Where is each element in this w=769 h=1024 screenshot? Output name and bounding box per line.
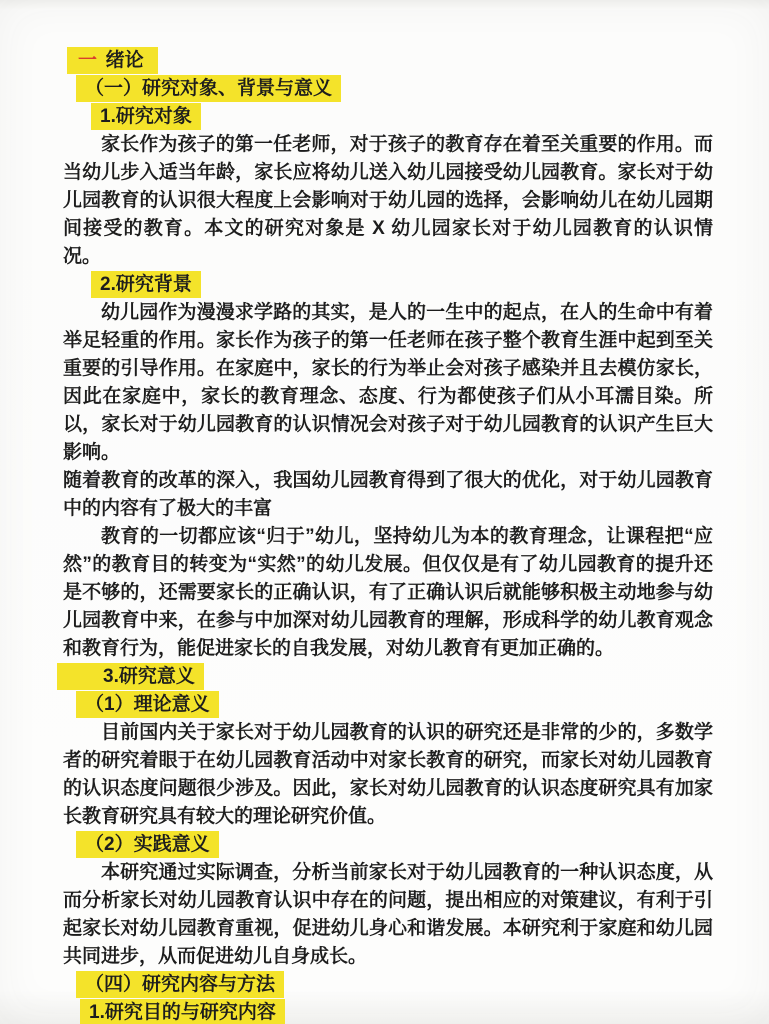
heading-chapter: 一绪论 <box>63 47 713 75</box>
heading-practical-significance: （2）实践意义 <box>63 831 713 859</box>
heading-chapter-number: 一 <box>78 50 97 71</box>
heading-research-purpose: 1.研究目的与研究内容 <box>63 999 713 1024</box>
heading-research-background: 2.研究背景 <box>63 271 713 299</box>
paragraph-practical-significance: 本研究通过实际调查，分析当前家长对于幼儿园教育的一种认识态度，从而分析家长对幼儿… <box>63 859 713 971</box>
paragraph-background-1: 幼儿园作为漫漫求学路的其实，是人的一生中的起点，在人的生命中有着举足轻重的作用。… <box>63 299 713 467</box>
paragraph-background-3: 教育的一切都应该“归于”幼儿，坚持幼儿为本的教育理念，让课程把“应然”的教育目的… <box>63 523 713 663</box>
heading-research-significance: 3.研究意义 <box>63 663 713 691</box>
heading-research-object: 1.研究对象 <box>63 103 713 131</box>
paragraph-research-object: 家长作为孩子的第一任老师，对于孩子的教育存在着至关重要的作用。而当幼儿步入适当年… <box>63 131 713 271</box>
heading-chapter-title: 绪论 <box>106 50 144 71</box>
heading-theoretical-significance: （1）理论意义 <box>63 691 713 719</box>
paragraph-theoretical-significance: 目前国内关于家长对于幼儿园教育的认识的研究还是非常的少的，多数学者的研究着眼于在… <box>63 719 713 831</box>
paragraph-background-2: 随着教育的改革的深入，我国幼儿园教育得到了很大的优化，对于幼儿园教育中的内容有了… <box>63 467 713 523</box>
heading-section-1: （一）研究对象、背景与意义 <box>63 75 713 103</box>
heading-section-4: （四）研究内容与方法 <box>63 971 713 999</box>
heading-chapter-highlight: 一绪论 <box>67 47 158 74</box>
document-page: 一绪论 （一）研究对象、背景与意义 1.研究对象 家长作为孩子的第一任老师，对于… <box>0 0 769 1024</box>
